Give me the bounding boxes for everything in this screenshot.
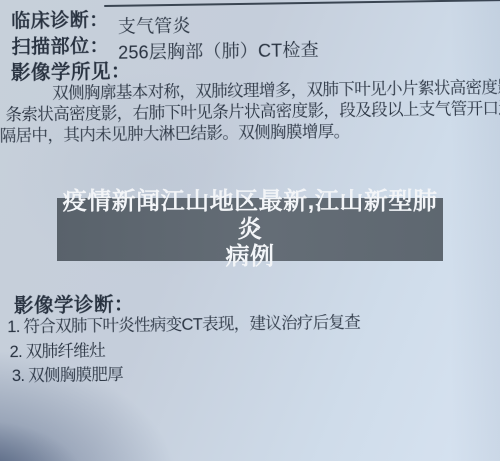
- scan-site-value: 256层胸部（肺）CT检查: [118, 40, 319, 63]
- news-caption-overlay: 疫情新闻江山地区最新,江山新型肺炎 病例: [57, 198, 443, 261]
- ct-report-photo: 临床诊断：支气管炎 扫描部位：256层胸部（肺）CT检查 影像学所见： 双侧胸廓…: [0, 0, 500, 461]
- diagnosis-item: 2. 双肺纤维灶: [9, 337, 105, 362]
- findings-line: 隔居中，其内未见肿大淋巴结影。双侧胸膜增厚。: [0, 118, 350, 147]
- scan-site-row: 扫描部位：256层胸部（肺）CT检查: [11, 28, 318, 59]
- clinical-diagnosis-row: 临床诊断：支气管炎: [11, 4, 191, 33]
- diagnosis-item: 1. 符合双肺下叶炎性病变CT表现，建议治疗后复查: [7, 309, 360, 338]
- scan-site-label: 扫描部位：: [11, 36, 109, 58]
- diagnosis-item: 3. 双侧胸膜肥厚: [12, 361, 123, 386]
- news-caption-line: 病例: [226, 243, 275, 271]
- news-caption-line: 疫情新闻江山地区最新,江山新型肺炎: [57, 188, 443, 243]
- clinical-diagnosis-label: 临床诊断：: [11, 10, 109, 32]
